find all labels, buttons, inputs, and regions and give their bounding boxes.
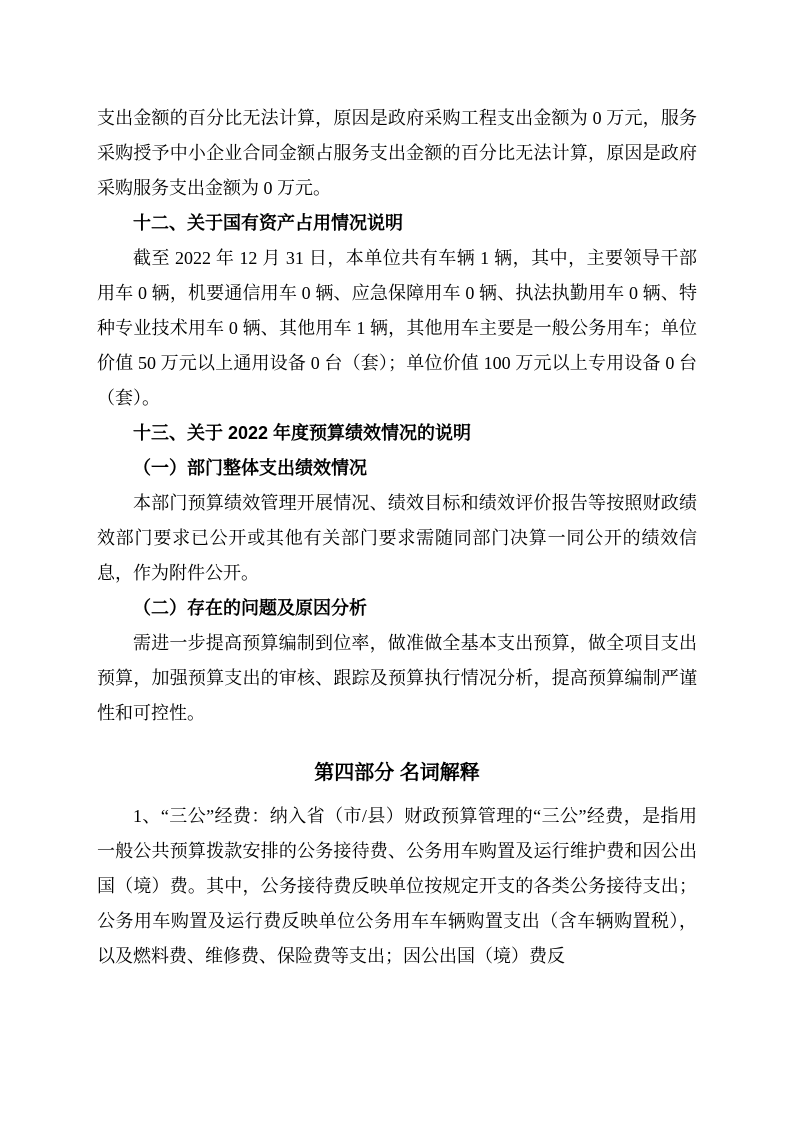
document-page: 支出金额的百分比无法计算，原因是政府采购工程支出金额为 0 万元，服务采购授予中…: [0, 0, 793, 1122]
paragraph-three-public-expenses-definition: 1、“三公”经费：纳入省（市/县）财政预算管理的“三公”经费，是指用一般公共预算…: [97, 799, 697, 974]
paragraph-performance-disclosure: 本部门预算绩效管理开展情况、绩效目标和绩效评价报告等按照财政绩效部门要求已公开或…: [97, 486, 697, 591]
paragraph-budget-improvement: 需进一步提高预算编制到位率，做准做全基本支出预算，做全项目支出预算，加强预算支出…: [97, 626, 697, 731]
heading-part-4-glossary: 第四部分 名词解释: [97, 756, 697, 791]
subheading-overall-expenditure-performance: （一）部门整体支出绩效情况: [97, 451, 697, 486]
paragraph-state-assets-vehicles: 截至 2022 年 12 月 31 日，本单位共有车辆 1 辆，其中，主要领导干…: [97, 241, 697, 416]
heading-section-13-budget-performance: 十三、关于 2022 年度预算绩效情况的说明: [97, 416, 697, 451]
paragraph-procurement-continuation: 支出金额的百分比无法计算，原因是政府采购工程支出金额为 0 万元，服务采购授予中…: [97, 101, 697, 206]
document-content: 支出金额的百分比无法计算，原因是政府采购工程支出金额为 0 万元，服务采购授予中…: [97, 101, 697, 974]
subheading-problems-and-cause-analysis: （二）存在的问题及原因分析: [97, 591, 697, 626]
heading-section-12-state-assets: 十二、关于国有资产占用情况说明: [97, 206, 697, 241]
